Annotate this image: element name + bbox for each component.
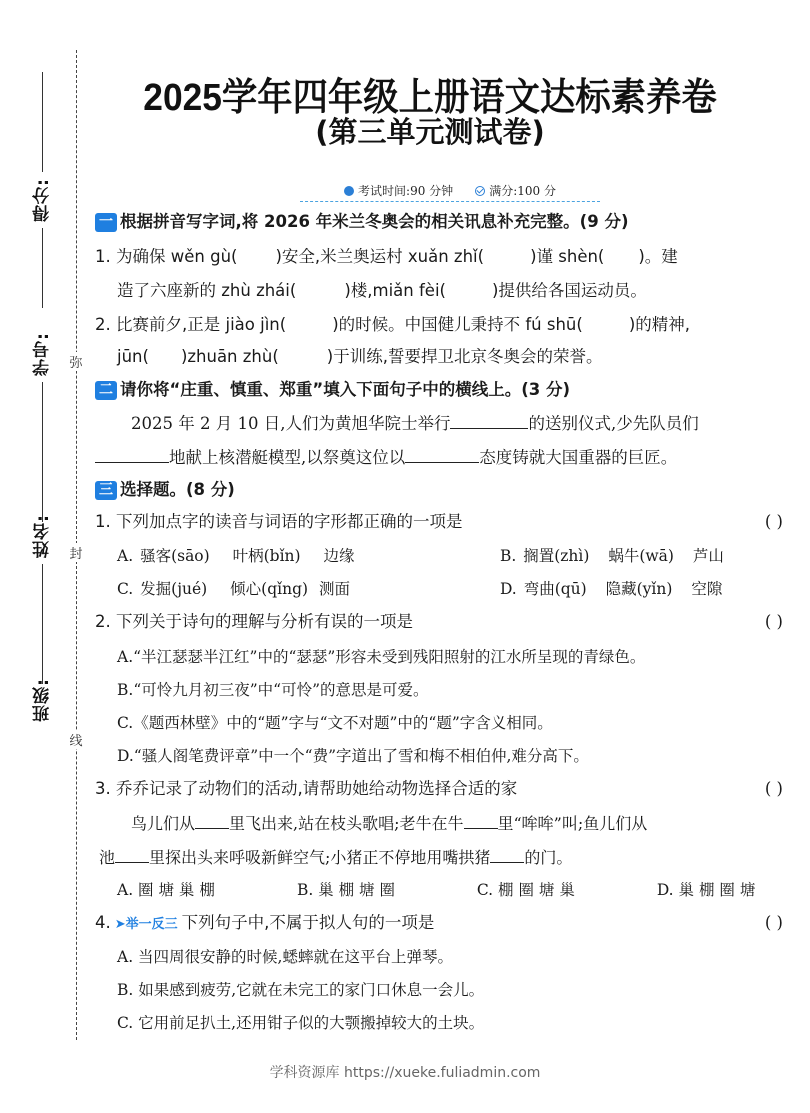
option-c[interactable]: C. 棚 圈 塘 巢 <box>477 878 652 902</box>
option-item: 弯曲(qū) <box>524 580 587 598</box>
option-d[interactable]: D. 巢 棚 圈 塘 <box>657 878 756 902</box>
full-score-text: 满分:100 分 <box>489 182 556 199</box>
student-id-label: 学号: <box>30 332 55 376</box>
s1-q2-text-c: )的精神, <box>629 315 690 334</box>
section3-badge: 三 <box>95 481 117 500</box>
s1-q2-num: 2. <box>95 315 111 334</box>
s3-q4-num: 4. <box>95 913 111 932</box>
s1-q2-text-b: )的时候。中国健儿秉持不 fú shū( <box>332 315 583 334</box>
passage-text: 里探出头来呼吸新鲜空气;小猪正不停地用嘴拱猪 <box>149 848 490 867</box>
section1-badge: 一 <box>95 213 117 232</box>
option-item: 芦山 <box>693 547 724 565</box>
option-item: 空隙 <box>691 580 722 598</box>
s1-q1-text-d: )。建 <box>638 247 677 266</box>
s3-q4-stem: 4.➤举一反三下列句子中,不属于拟人句的一项是 ( ) <box>95 911 787 937</box>
section1-heading-text: 根据拼音写字词,将 2026 年米兰冬奥会的相关讯息补充完整。(9 分) <box>120 210 629 234</box>
section2-badge: 二 <box>95 381 117 400</box>
option-item: 边缘 <box>324 547 355 565</box>
s2-text-a: 2025 年 2 月 10 日,人们为黄旭华院士举行 <box>131 414 450 433</box>
s3-q2-stem: 2. 下列关于诗句的理解与分析有误的一项是 ( ) <box>95 610 787 634</box>
passage-text: 鸟儿们从 <box>131 814 195 833</box>
s3-q3-num: 3. <box>95 779 111 798</box>
s1-q1-text-a: 为确保 wěn gù( <box>116 247 237 266</box>
section3-heading-text: 选择题。(8 分) <box>120 478 235 502</box>
option-item: 测面 <box>319 580 350 598</box>
s2-line2: 地献上核潜艇模型,以祭奠这位以态度铸就大国重器的巨匠。 <box>95 445 787 470</box>
option-b[interactable]: B. 巢 棚 塘 圈 <box>297 878 472 902</box>
s3-q2-option-a[interactable]: A.“半江瑟瑟半江红”中的“瑟瑟”形容未受到残阳照射的江水所呈现的青绿色。 <box>95 645 787 669</box>
s3-q3-stem: 3. 乔乔记录了动物们的活动,请帮助她给动物选择合适的家 ( ) <box>95 777 787 801</box>
option-letter: A. <box>117 547 133 565</box>
section1-heading: 一 根据拼音写字词,将 2026 年米兰冬奥会的相关讯息补充完整。(9 分) <box>95 210 787 234</box>
extension-tag: ➤举一反三 <box>115 917 178 932</box>
s3-q1-stem-text: 下列加点字的读音与词语的字形都正确的一项是 <box>116 512 463 531</box>
s2-text-b: 的送别仪式,少先队员们 <box>528 414 698 433</box>
name-label: 姓名: <box>30 514 55 558</box>
score-field[interactable]: 得分: <box>30 72 54 308</box>
s1-q1-text-b: )安全,米兰奥运村 xuǎn zhǐ( <box>275 247 484 266</box>
exam-time-text: 考试时间:90 分钟 <box>358 182 453 199</box>
option-b[interactable]: B. 搁置(zhì) 蜗牛(wā) 芦山 <box>500 544 724 568</box>
s1-q2-text-f: )于训练,誓要捍卫北京冬奥会的荣誉。 <box>327 347 603 366</box>
fill-blank-2[interactable] <box>95 445 169 463</box>
section2-heading: 二 请你将“庄重、慎重、郑重”填入下面句子中的横线上。(3 分) <box>95 378 787 402</box>
s3-q4-option-c[interactable]: C. 它用前足扒土,还用钳子似的大颚搬掉较大的土块。 <box>95 1011 787 1035</box>
s3-q2-num: 2. <box>95 612 111 631</box>
section2-heading-text: 请你将“庄重、慎重、郑重”填入下面句子中的横线上。(3 分) <box>120 378 570 402</box>
seal-char-mi: 弥 <box>68 352 84 371</box>
s3-q1-num: 1. <box>95 512 111 531</box>
s3-q4-option-b[interactable]: B. 如果感到疲劳,它就在未完工的家门口休息一会儿。 <box>95 978 787 1002</box>
s3-q3-passage-line2: 池里探出头来呼吸新鲜空气;小猪正不停地用嘴拱猪的门。 <box>95 845 787 870</box>
s3-q3-answer-box[interactable]: ( ) <box>765 777 783 801</box>
check-circle-icon <box>475 186 485 196</box>
s1-q1-text-c: )谨 shèn( <box>530 247 604 266</box>
option-item: 隐藏(yǐn) <box>606 580 673 598</box>
fill-blank[interactable] <box>464 811 498 829</box>
s1-q1-line1: 1. 为确保 wěn gù()安全,米兰奥运村 xuǎn zhǐ()谨 shèn… <box>95 245 787 269</box>
option-item: 发掘(jué) <box>140 580 207 598</box>
fill-blank-3[interactable] <box>405 445 479 463</box>
s1-q1-line2: 造了六座新的 zhù zhái()楼,miǎn fèi()提供给各国运动员。 <box>95 279 787 303</box>
option-item: 蜗牛(wā) <box>608 547 674 565</box>
seal-char-feng: 封 <box>68 543 84 562</box>
s3-q4-stem-text: 下列句子中,不属于拟人句的一项是 <box>182 913 435 932</box>
fill-blank[interactable] <box>115 845 149 863</box>
s1-q1-text-f: )楼,miǎn fèi( <box>344 281 446 300</box>
option-c[interactable]: C. 发掘(jué) 倾心(qǐng) 测面 <box>117 577 495 601</box>
exam-time: 考试时间:90 分钟 <box>344 180 453 201</box>
passage-text: 池 <box>99 848 115 867</box>
clock-icon <box>344 186 354 196</box>
s1-q1-num: 1. <box>95 247 111 266</box>
score-label: 得分: <box>30 178 55 222</box>
name-field[interactable]: 姓名: <box>30 508 54 684</box>
option-letter: B. <box>500 547 516 565</box>
s3-q3-stem-text: 乔乔记录了动物们的活动,请帮助她给动物选择合适的家 <box>116 779 517 798</box>
exam-meta: 考试时间:90 分钟 满分:100 分 <box>300 180 600 202</box>
student-id-write-line[interactable] <box>42 382 43 522</box>
fill-blank-1[interactable] <box>450 411 528 429</box>
s3-q2-option-d[interactable]: D.“骚人阁笔费评章”中一个“费”字道出了雪和梅不相伯仲,难分高下。 <box>95 744 787 768</box>
name-write-line[interactable] <box>42 564 43 684</box>
score-write-line-2[interactable] <box>42 228 43 308</box>
student-id-field[interactable]: 学号: <box>30 326 54 522</box>
option-letter: D. <box>500 580 517 598</box>
full-score: 满分:100 分 <box>475 180 556 201</box>
s3-q1-options-row2: C. 发掘(jué) 倾心(qǐng) 测面 D. 弯曲(qū) 隐藏(yǐn)… <box>95 577 787 601</box>
fill-blank[interactable] <box>195 811 229 829</box>
s1-q1-text-g: )提供给各国运动员。 <box>492 281 647 300</box>
s3-q4-option-a[interactable]: A. 当四周很安静的时候,蟋蟀就在这平台上弹琴。 <box>95 945 787 969</box>
score-write-line[interactable] <box>42 72 43 172</box>
passage-text: 里飞出来,站在枝头歌唱;老牛在牛 <box>229 814 463 833</box>
option-a[interactable]: A. 圈 塘 巢 棚 <box>117 878 292 902</box>
option-item: 搁置(zhì) <box>523 547 589 565</box>
s3-q2-answer-box[interactable]: ( ) <box>765 610 783 634</box>
s1-q2-line1: 2. 比赛前夕,正是 jiào jìn()的时候。中国健儿秉持不 fú shū(… <box>95 313 787 337</box>
class-field[interactable]: 班级: <box>30 672 54 728</box>
class-label: 班级: <box>30 678 55 722</box>
option-item: 倾心(qǐng) <box>230 580 308 598</box>
option-a[interactable]: A. 骚客(sāo) 叶柄(bǐn) 边缘 <box>117 544 495 568</box>
s1-q2-text-a: 比赛前夕,正是 jiào jìn( <box>116 315 286 334</box>
binding-margin: 弥 封 线 得分: 学号: 姓名: 班级: <box>0 0 90 1113</box>
s3-q3-passage-line1: 鸟儿们从里飞出来,站在枝头歌唱;老牛在牛里“哞哞”叫;鱼儿们从 <box>95 811 787 836</box>
s3-q1-stem: 1. 下列加点字的读音与词语的字形都正确的一项是 ( ) <box>95 510 787 534</box>
option-item: 叶柄(bǐn) <box>233 547 301 565</box>
s1-q2-text-d: jūn( <box>117 347 149 366</box>
s2-text-c: 地献上核潜艇模型,以祭奠这位以 <box>169 448 405 467</box>
section3-heading: 三 选择题。(8 分) <box>95 478 787 502</box>
s3-q1-answer-box[interactable]: ( ) <box>765 510 783 534</box>
page-subtitle: (第三单元测试卷) <box>100 110 760 151</box>
s1-q1-text-e: 造了六座新的 zhù zhái( <box>117 281 296 300</box>
option-d[interactable]: D. 弯曲(qū) 隐藏(yǐn) 空隙 <box>500 577 722 601</box>
s3-q2-option-c[interactable]: C.《题西林壁》中的“题”字与“文不对题”中的“题”字含义相同。 <box>95 711 787 735</box>
seal-char-xian: 线 <box>68 730 84 749</box>
s2-line1: 2025 年 2 月 10 日,人们为黄旭华院士举行的送别仪式,少先队员们 <box>95 411 787 436</box>
s1-q2-line2: jūn()zhuān zhù()于训练,誓要捍卫北京冬奥会的荣誉。 <box>95 345 787 369</box>
passage-text: 的门。 <box>524 848 572 867</box>
option-letter: C. <box>117 580 133 598</box>
s3-q1-options-row1: A. 骚客(sāo) 叶柄(bǐn) 边缘 B. 搁置(zhì) 蜗牛(wā) … <box>95 544 787 568</box>
s3-q3-options: A. 圈 塘 巢 棚 B. 巢 棚 塘 圈 C. 棚 圈 塘 巢 D. 巢 棚 … <box>95 878 787 902</box>
option-item: 骚客(sāo) <box>140 547 210 565</box>
footer-watermark: 学科资源库 https://xueke.fuliadmin.com <box>0 1062 810 1082</box>
fill-blank[interactable] <box>490 845 524 863</box>
s2-text-d: 态度铸就大国重器的巨匠。 <box>479 448 677 467</box>
s1-q2-text-e: )zhuān zhù( <box>181 347 279 366</box>
passage-text: 里“哞哞”叫;鱼儿们从 <box>498 814 648 833</box>
s3-q2-option-b[interactable]: B.“可怜九月初三夜”中“可怜”的意思是可爱。 <box>95 678 787 702</box>
s3-q2-stem-text: 下列关于诗句的理解与分析有误的一项是 <box>116 612 413 631</box>
s3-q4-answer-box[interactable]: ( ) <box>765 911 783 935</box>
